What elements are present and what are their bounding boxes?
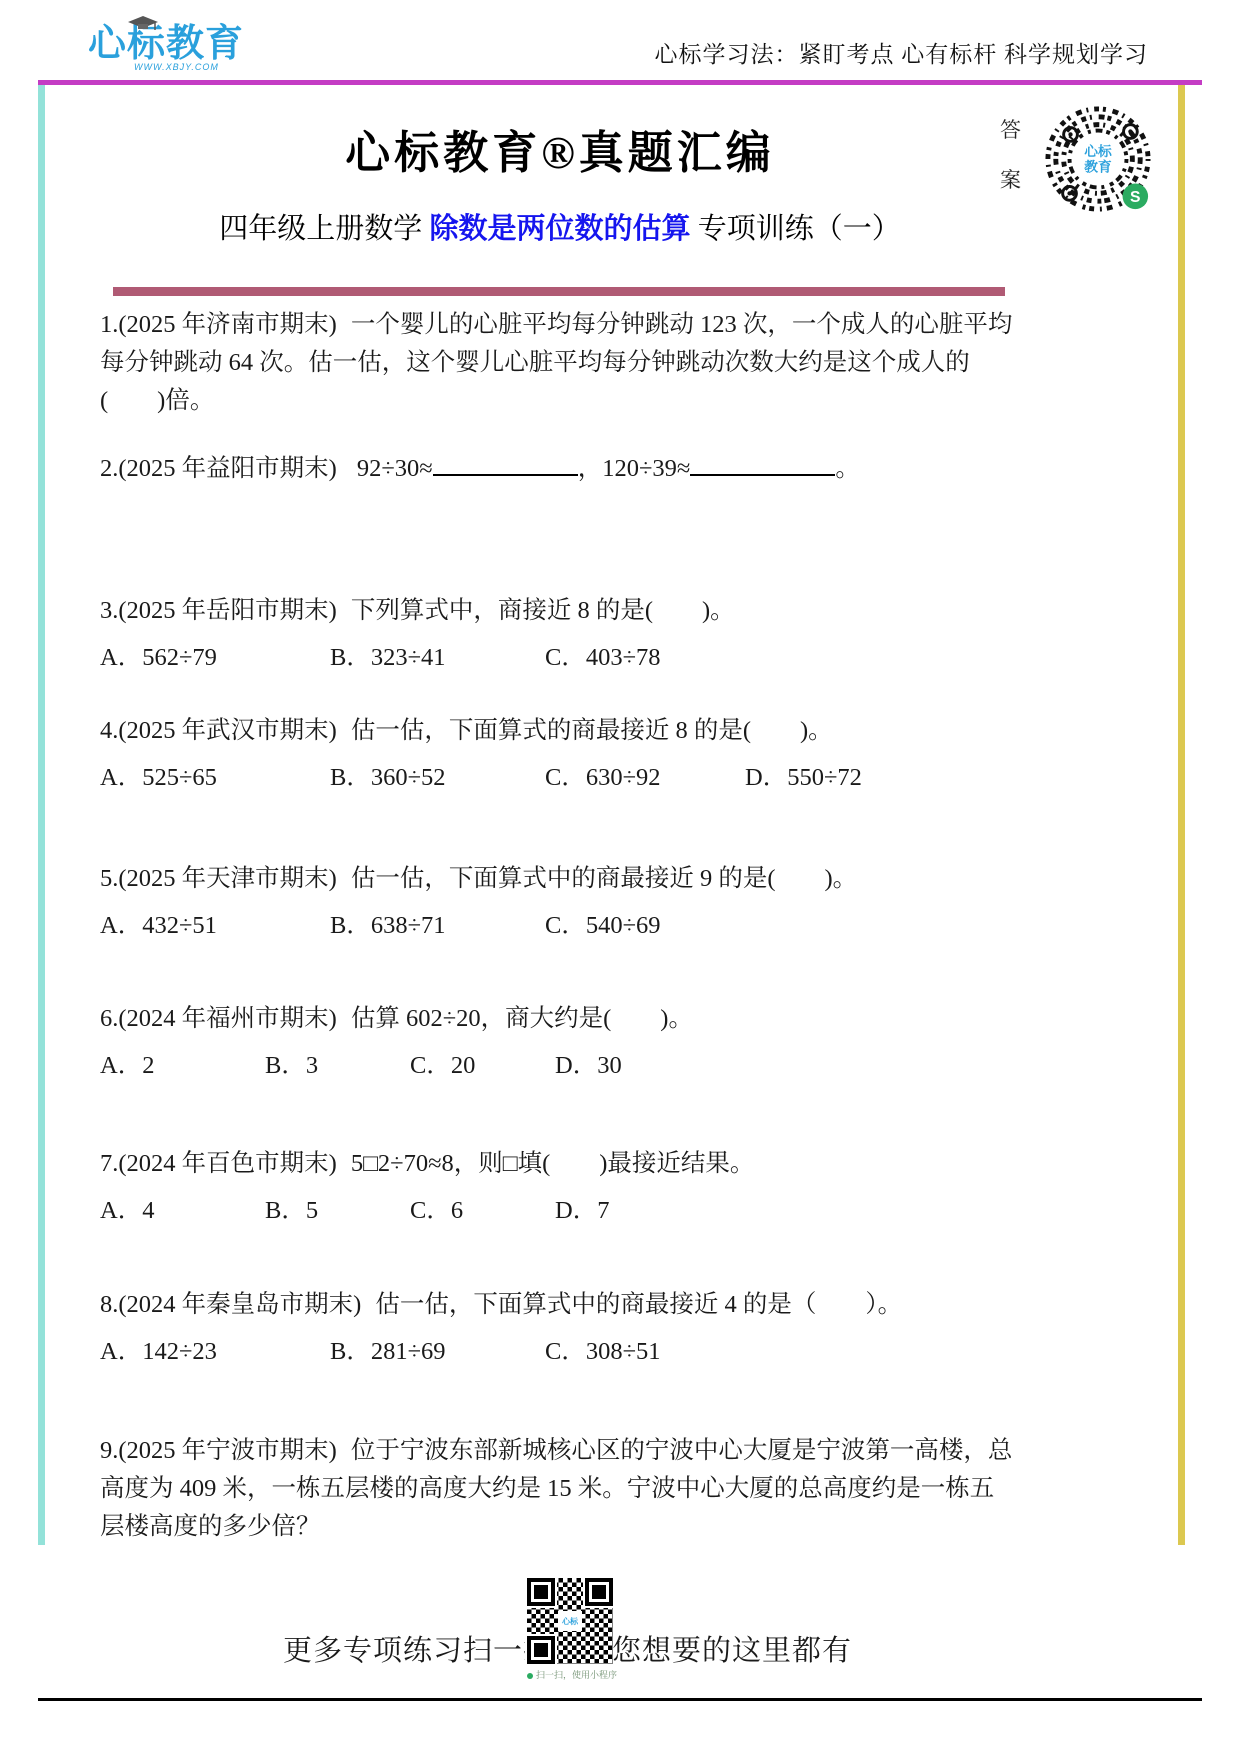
option-d: D．30 [555,1047,1015,1085]
option-a: A．525÷65 [100,759,330,797]
svg-text:S: S [1130,189,1140,206]
question-number-source: 9.(2025 年宁波市期末) [100,1437,337,1464]
expression-1: 92÷30≈ [357,455,433,482]
footer-scan-text-right: 您想要的这里都有 [612,1628,852,1669]
option-b: B．281÷69 [330,1333,545,1371]
question-options: A．562÷79 B．323÷41 C．403÷78 [100,639,1015,677]
question-text: 7.(2024 年百色市期末)5□2÷70≈8，则□填( )最接近结果。 [100,1145,1015,1183]
answer-label: 答 案 [1000,114,1021,194]
period: 。 [835,455,860,482]
top-border-line [38,80,1202,85]
question-4: 4.(2025 年武汉市期末)估一估，下面算式的商最接近 8 的是( )。 A．… [100,712,1015,797]
question-number-source: 3.(2025 年岳阳市期末) [100,597,337,624]
option-c: C．308÷51 [545,1333,1015,1371]
question-2: 2.(2025 年益阳市期末)92÷30≈，120÷39≈。 [100,450,1015,488]
page-title: 心标教育®真题汇编 [140,116,980,181]
question-number-source: 5.(2025 年天津市期末) [100,865,337,892]
question-number-source: 2.(2025 年益阳市期末) [100,455,337,482]
question-options: A．525÷65 B．360÷52 C．630÷92 D．550÷72 [100,759,1015,797]
question-number-source: 4.(2025 年武汉市期末) [100,717,337,744]
footer-qr-caption-text: 扫一扫，使用小程序 [536,1670,617,1680]
question-text: 3.(2025 年岳阳市期末)下列算式中，商接近 8 的是( )。 [100,592,1015,630]
left-border-line [38,85,45,1545]
answer-qr-code: 心标 教育 S [1044,105,1152,213]
question-text: 8.(2024 年秦皇岛市期末)估一估，下面算式中的商最接近 4 的是（ ）。 [100,1286,1015,1324]
question-body: 估算 602÷20，商大约是( )。 [351,1005,693,1032]
answer-blank [433,450,578,476]
subtitle-prefix: 四年级上册数学 [219,213,429,245]
question-text: 5.(2025 年天津市期末)估一估，下面算式中的商最接近 9 的是( )。 [100,860,1015,898]
separator: ， [578,455,603,482]
bottom-border-line [38,1698,1202,1701]
option-d: D．550÷72 [745,759,1015,797]
option-a: A．432÷51 [100,907,330,945]
question-body: 5□2÷70≈8，则□填( )最接近结果。 [351,1150,755,1177]
option-a: A．562÷79 [100,639,330,677]
question-text: 1.(2025 年济南市期末)一个婴儿的心脏平均每分钟跳动 123 次，一个成人… [100,306,1015,420]
question-body: 估一估，下面算式中的商最接近 4 的是（ ）。 [375,1291,902,1318]
qr-finder-icon [527,1636,555,1664]
logo-text: 心标教育 [88,24,288,64]
graduation-cap-icon [128,16,158,37]
question-number-source: 7.(2024 年百色市期末) [100,1150,337,1177]
option-b: B．323÷41 [330,639,545,677]
question-text: 2.(2025 年益阳市期末)92÷30≈，120÷39≈。 [100,450,1015,488]
question-body: 估一估，下面算式中的商最接近 9 的是( )。 [351,865,857,892]
question-3: 3.(2025 年岳阳市期末)下列算式中，商接近 8 的是( )。 A．562÷… [100,592,1015,677]
question-options: A．4 B．5 C．6 D．7 [100,1192,1015,1230]
title-divider-bar [113,287,1005,296]
question-1: 1.(2025 年济南市期末)一个婴儿的心脏平均每分钟跳动 123 次，一个成人… [100,306,1015,420]
qr-finder-icon [527,1578,555,1606]
question-8: 8.(2024 年秦皇岛市期末)估一估，下面算式中的商最接近 4 的是（ ）。 … [100,1286,1015,1371]
option-d: D．7 [555,1192,1015,1230]
right-border-line [1178,85,1185,1545]
logo-url: WWW.XBJY.COM [134,62,288,72]
option-c: C．6 [410,1192,555,1230]
subtitle-suffix: 专项训练（一） [691,213,901,245]
question-body: 下列算式中，商接近 8 的是( )。 [351,597,735,624]
question-options: A．142÷23 B．281÷69 C．308÷51 [100,1333,1015,1371]
footer-qr-center-logo: 心标 [558,1611,582,1631]
question-5: 5.(2025 年天津市期末)估一估，下面算式中的商最接近 9 的是( )。 A… [100,860,1015,945]
question-text: 6.(2024 年福州市期末)估算 602÷20，商大约是( )。 [100,1000,1015,1038]
option-c: C．630÷92 [545,759,745,797]
question-number-source: 8.(2024 年秦皇岛市期末) [100,1291,361,1318]
footer-scan-text-left: 更多专项练习扫一扫 [283,1628,553,1669]
answer-label-char2: 案 [1000,164,1021,194]
option-a: A．142÷23 [100,1333,330,1371]
question-number-source: 6.(2024 年福州市期末) [100,1005,337,1032]
option-b: B．360÷52 [330,759,545,797]
question-7: 7.(2024 年百色市期末)5□2÷70≈8，则□填( )最接近结果。 A．4… [100,1145,1015,1230]
question-6: 6.(2024 年福州市期末)估算 602÷20，商大约是( )。 A．2 B．… [100,1000,1015,1085]
header-slogan: 心标学习法：紧盯考点 心有标杆 科学规划学习 [655,36,1149,69]
option-b: B．3 [265,1047,410,1085]
option-a: A．2 [100,1047,265,1085]
worksheet-page: 心标教育 WWW.XBJY.COM 心标学习法：紧盯考点 心有标杆 科学规划学习… [0,0,1240,1754]
subtitle-topic: 除数是两位数的估算 [429,213,690,245]
option-b: B．5 [265,1192,410,1230]
question-options: A．432÷51 B．638÷71 C．540÷69 [100,907,1015,945]
brand-logo: 心标教育 WWW.XBJY.COM [88,24,288,72]
footer-qr-code: 心标 [527,1578,613,1664]
footer-qr-caption: 扫一扫，使用小程序 [507,1668,637,1681]
question-text: 9.(2025 年宁波市期末)位于宁波东部新城核心区的宁波中心大厦是宁波第一高楼… [100,1432,1015,1546]
option-c: C．20 [410,1047,555,1085]
question-text: 4.(2025 年武汉市期末)估一估，下面算式的商最接近 8 的是( )。 [100,712,1015,750]
expression-2: 120÷39≈ [602,455,690,482]
question-options: A．2 B．3 C．20 D．30 [100,1047,1015,1085]
option-c: C．403÷78 [545,639,1015,677]
option-b: B．638÷71 [330,907,545,945]
answer-label-char1: 答 [1000,114,1021,144]
option-a: A．4 [100,1192,265,1230]
option-c: C．540÷69 [545,907,1015,945]
qr-finder-icon [585,1578,613,1606]
question-body: 估一估，下面算式的商最接近 8 的是( )。 [351,717,833,744]
mini-program-icon [527,1673,533,1679]
answer-blank [690,450,835,476]
question-9: 9.(2025 年宁波市期末)位于宁波东部新城核心区的宁波中心大厦是宁波第一高楼… [100,1432,1015,1546]
page-subtitle: 四年级上册数学 除数是两位数的估算 专项训练（一） [80,206,1040,247]
qr-center-logo-line1: 心标 [1084,143,1113,159]
qr-center-logo-line2: 教育 [1083,159,1112,175]
question-number-source: 1.(2025 年济南市期末) [100,311,337,338]
